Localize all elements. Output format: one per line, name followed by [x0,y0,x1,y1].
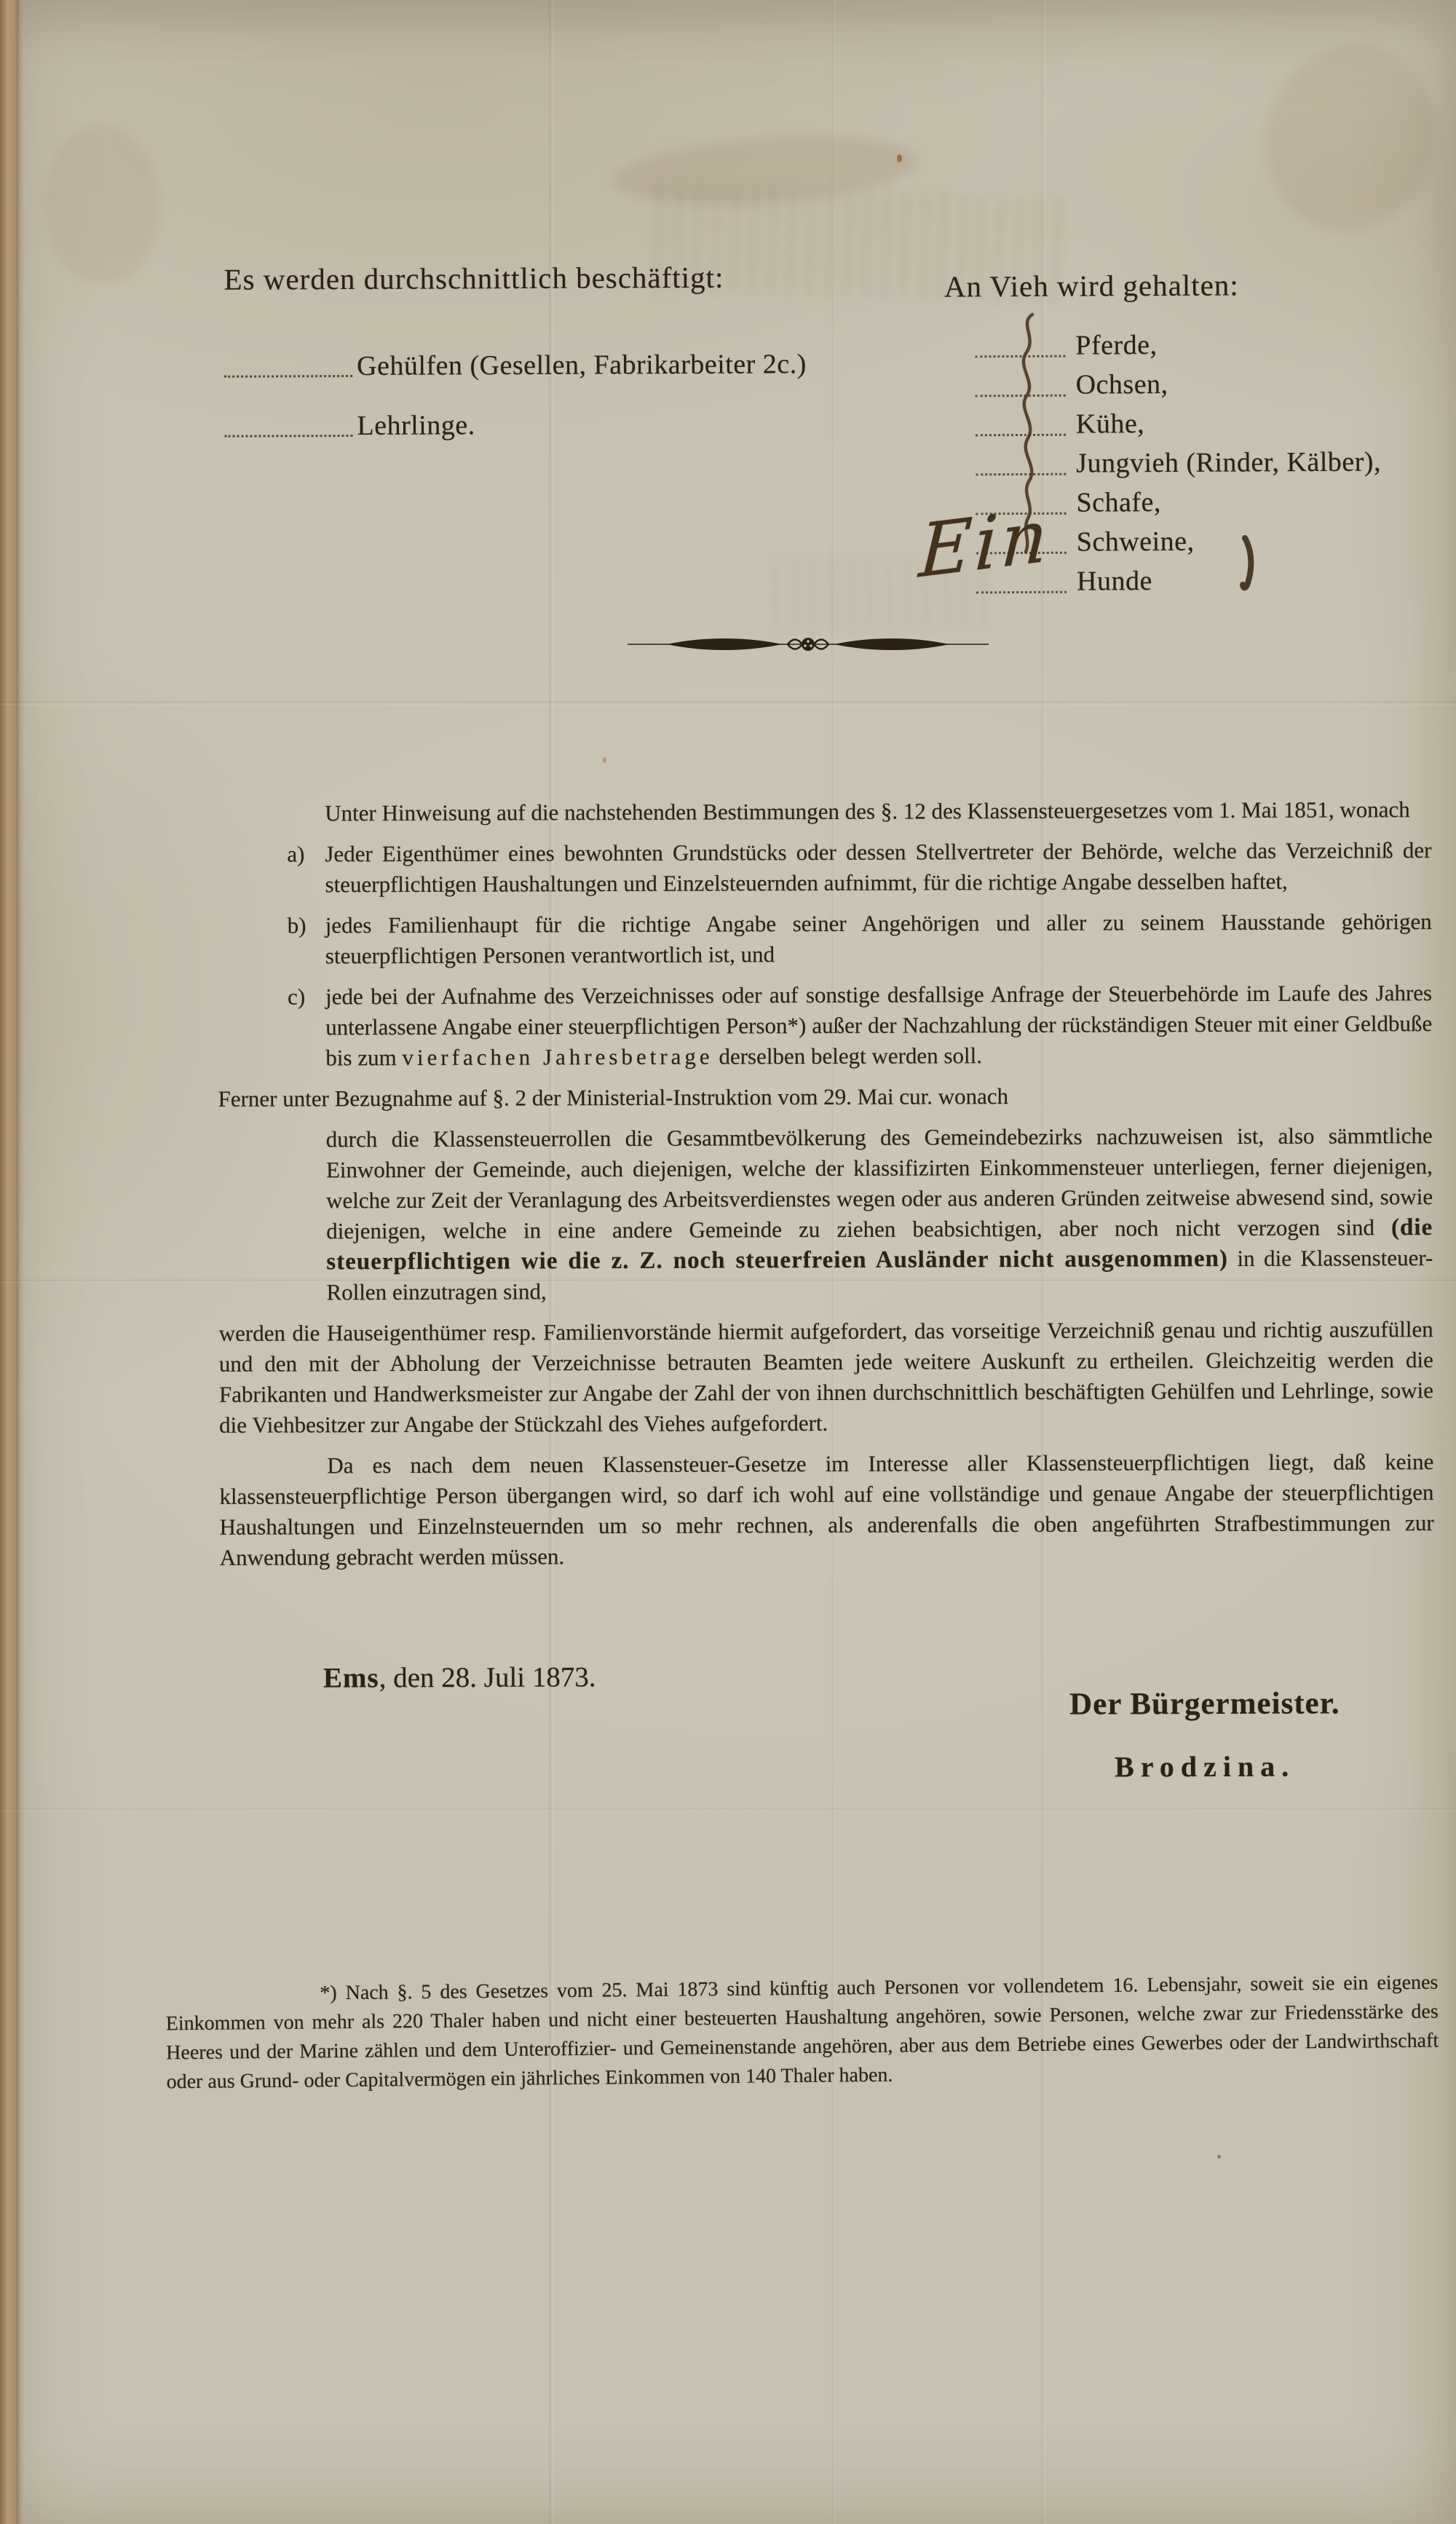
dateline-date: , den 28. Juli 1873. [379,1661,596,1693]
employment-label: Gehülfen (Gesellen, Fabrikarbeiter 2c.) [357,348,807,382]
list-marker-c: c) [288,981,305,1012]
list-marker-b: b) [288,910,306,941]
page-left-edge [0,0,25,2524]
list-item-b-text: jedes Familienhaupt für die richtige Ang… [325,909,1432,968]
livestock-label: Ochsen, [1076,368,1168,401]
horizontal-crease [0,700,1456,706]
employment-line: Gehülfen (Gesellen, Fabrikarbeiter 2c.) [224,320,807,382]
paragraph-ferner: Ferner unter Bezugnahme auf §. 2 der Min… [218,1080,1432,1115]
blank-fill-line [976,591,1067,594]
employment-section: Es werden durchschnittlich beschäftigt: … [223,259,807,442]
employment-heading: Es werden durchschnittlich beschäftigt: [223,259,806,296]
paper-speck [603,757,606,763]
blank-fill-line [224,375,352,378]
livestock-label: Schafe, [1076,486,1161,519]
handwritten-ein: Ein [917,492,1053,595]
employment-label: Lehrlinge. [357,409,475,442]
dateline: Ems, den 28. Juli 1873. [323,1661,596,1694]
paper-speck [897,154,902,162]
paragraph-da-es: Da es nach dem neuen Klassensteuer-Geset… [219,1447,1434,1573]
signature-block: Der Bürgermeister. Brodzina. [1048,1685,1361,1784]
employment-line: Lehrlinge. [224,380,807,442]
list-item-a-text: Jeder Eigenthümer eines bewohnten Grunds… [325,837,1431,897]
indented-clause-text: durch die Klassensteuerrollen die Gesamm… [326,1123,1433,1243]
indented-clause: durch die Klassensteuerrollen die Gesamm… [218,1120,1433,1308]
dateline-place: Ems [323,1662,379,1693]
handwritten-pen-stroke [1239,535,1259,597]
paragraph-intro: Unter Hinweisung auf die nachstehenden B… [217,794,1431,829]
livestock-heading: An Vieh wird gehalten: [944,266,1380,304]
livestock-label: Hunde [1077,565,1152,598]
paper-speck [1217,2155,1221,2159]
body-text: Unter Hinweisung auf die nachstehenden B… [217,794,1434,1583]
bleedthrough-smudge [44,124,160,284]
livestock-label: Pferde, [1075,329,1157,362]
list-item-c: c) jede bei der Aufnahme des Verzeichnis… [218,978,1432,1074]
list-item-c-emphasis: vierfachen Jahresbetrage [402,1044,713,1070]
list-item-b: b) jedes Familienhaupt für die richtige … [218,906,1432,972]
livestock-label: Jungvieh (Rinder, Kälber), [1076,446,1381,479]
list-item-a: a) Jeder Eigenthümer eines bewohnten Gru… [217,835,1431,901]
livestock-label: Schweine, [1077,526,1195,558]
blank-fill-line [225,435,353,438]
bleedthrough-smudge [1241,23,1456,254]
paragraph-werden: werden die Hauseigenthümer resp. Familie… [219,1314,1434,1441]
ornament-divider-icon [626,629,990,662]
list-marker-a: a) [287,839,304,869]
footnote: *) Nach §. 5 des Gesetzes vom 25. Mai 18… [165,1969,1439,2097]
scanned-document-page: Es werden durchschnittlich beschäftigt: … [0,0,1456,2524]
horizontal-crease [0,1807,1456,1813]
livestock-label: Kühe, [1076,408,1145,440]
list-item-c-text-end: derselben belegt werden soll. [713,1043,982,1069]
signature-name: Brodzina. [1048,1749,1361,1784]
signature-title: Der Bürgermeister. [1048,1685,1361,1722]
